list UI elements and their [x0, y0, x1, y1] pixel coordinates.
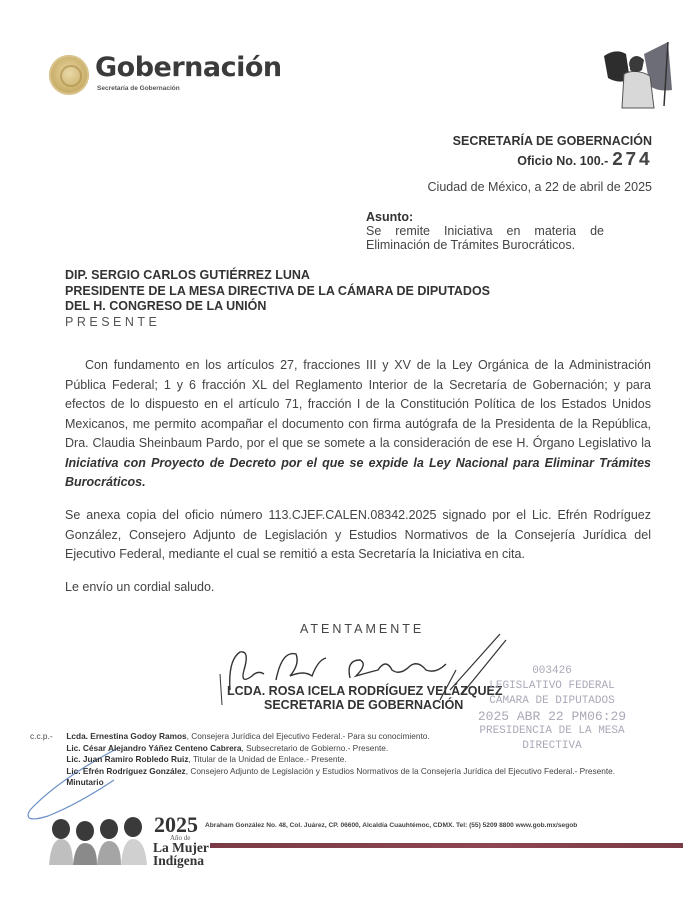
recipient-name: DIP. SERGIO CARLOS GUTIÉRREZ LUNA	[65, 268, 490, 284]
brand-title: Gobernación	[95, 52, 282, 83]
footer-address: Abraham González No. 48, Col. Juárez, CP…	[205, 822, 577, 829]
asunto-block: Asunto: Se remite Iniciativa en materia …	[366, 210, 652, 252]
indigenous-women-illustration-icon	[47, 815, 151, 865]
ccp-label: c.c.p.-	[30, 731, 64, 743]
brand-subtitle: Secretaría de Gobernación	[97, 85, 180, 92]
body-paragraph-3: Le envío un cordial saludo.	[65, 578, 651, 598]
oficio-label: Oficio No. 100.-	[517, 154, 608, 168]
recipient-presente: PRESENTE	[65, 315, 490, 331]
recipient-title: PRESIDENTE DE LA MESA DIRECTIVA DE LA CÁ…	[65, 284, 490, 300]
secretaria-heading: SECRETARÍA DE GOBERNACIÓN	[453, 134, 652, 148]
ccp-block: c.c.p.- Lcda. Ernestina Godoy Ramos, Con…	[30, 731, 686, 789]
body-paragraph-1-text: Con fundamento en los artículos 27, frac…	[65, 358, 651, 450]
woman-with-flag-emblem-icon	[596, 40, 676, 112]
national-seal-icon	[49, 55, 89, 95]
ccp-minutario: Minutario	[66, 777, 686, 789]
stamp-timestamp: 2025 ABR 22 PM06:29	[462, 709, 642, 724]
footer-year-motto: La Mujer Indígena	[153, 841, 209, 867]
stamp-folio: 003426	[462, 664, 642, 679]
ccp-entry: Lic. Juan Ramiro Robledo Ruiz, Titular d…	[66, 754, 686, 766]
signer-title: SECRETARIA DE GOBERNACIÓN	[264, 698, 463, 712]
ccp-entry: Lic. César Alejandro Yáñez Centeno Cabre…	[66, 743, 686, 755]
asunto-text: Se remite Iniciativa en materia de Elimi…	[366, 224, 604, 252]
oficio-line: Oficio No. 100.- 274	[517, 149, 652, 171]
document-date: Ciudad de México, a 22 de abril de 2025	[428, 180, 652, 194]
asunto-label: Asunto:	[366, 210, 413, 224]
initiative-title: Iniciativa con Proyecto de Decreto por e…	[65, 456, 651, 490]
oficio-number: 274	[612, 149, 652, 171]
recipient-block: DIP. SERGIO CARLOS GUTIÉRREZ LUNA PRESID…	[65, 268, 490, 330]
ccp-list: Lcda. Ernestina Godoy Ramos, Consejera J…	[66, 731, 686, 789]
body-paragraph-1: Con fundamento en los artículos 27, frac…	[65, 356, 651, 493]
ccp-entry: Lcda. Ernestina Godoy Ramos, Consejera J…	[66, 731, 686, 743]
ccp-entry: Lic. Efrén Rodríguez González, Consejero…	[66, 766, 686, 778]
footer-divider	[210, 843, 683, 848]
body-paragraph-2: Se anexa copia del oficio número 113.CJE…	[65, 506, 651, 565]
stamp-line-camara: CAMARA DE DIPUTADOS	[462, 694, 642, 709]
stamp-line-legislativo: LEGISLATIVO FEDERAL	[462, 679, 642, 694]
recipient-institution: DEL H. CONGRESO DE LA UNIÓN	[65, 299, 490, 315]
